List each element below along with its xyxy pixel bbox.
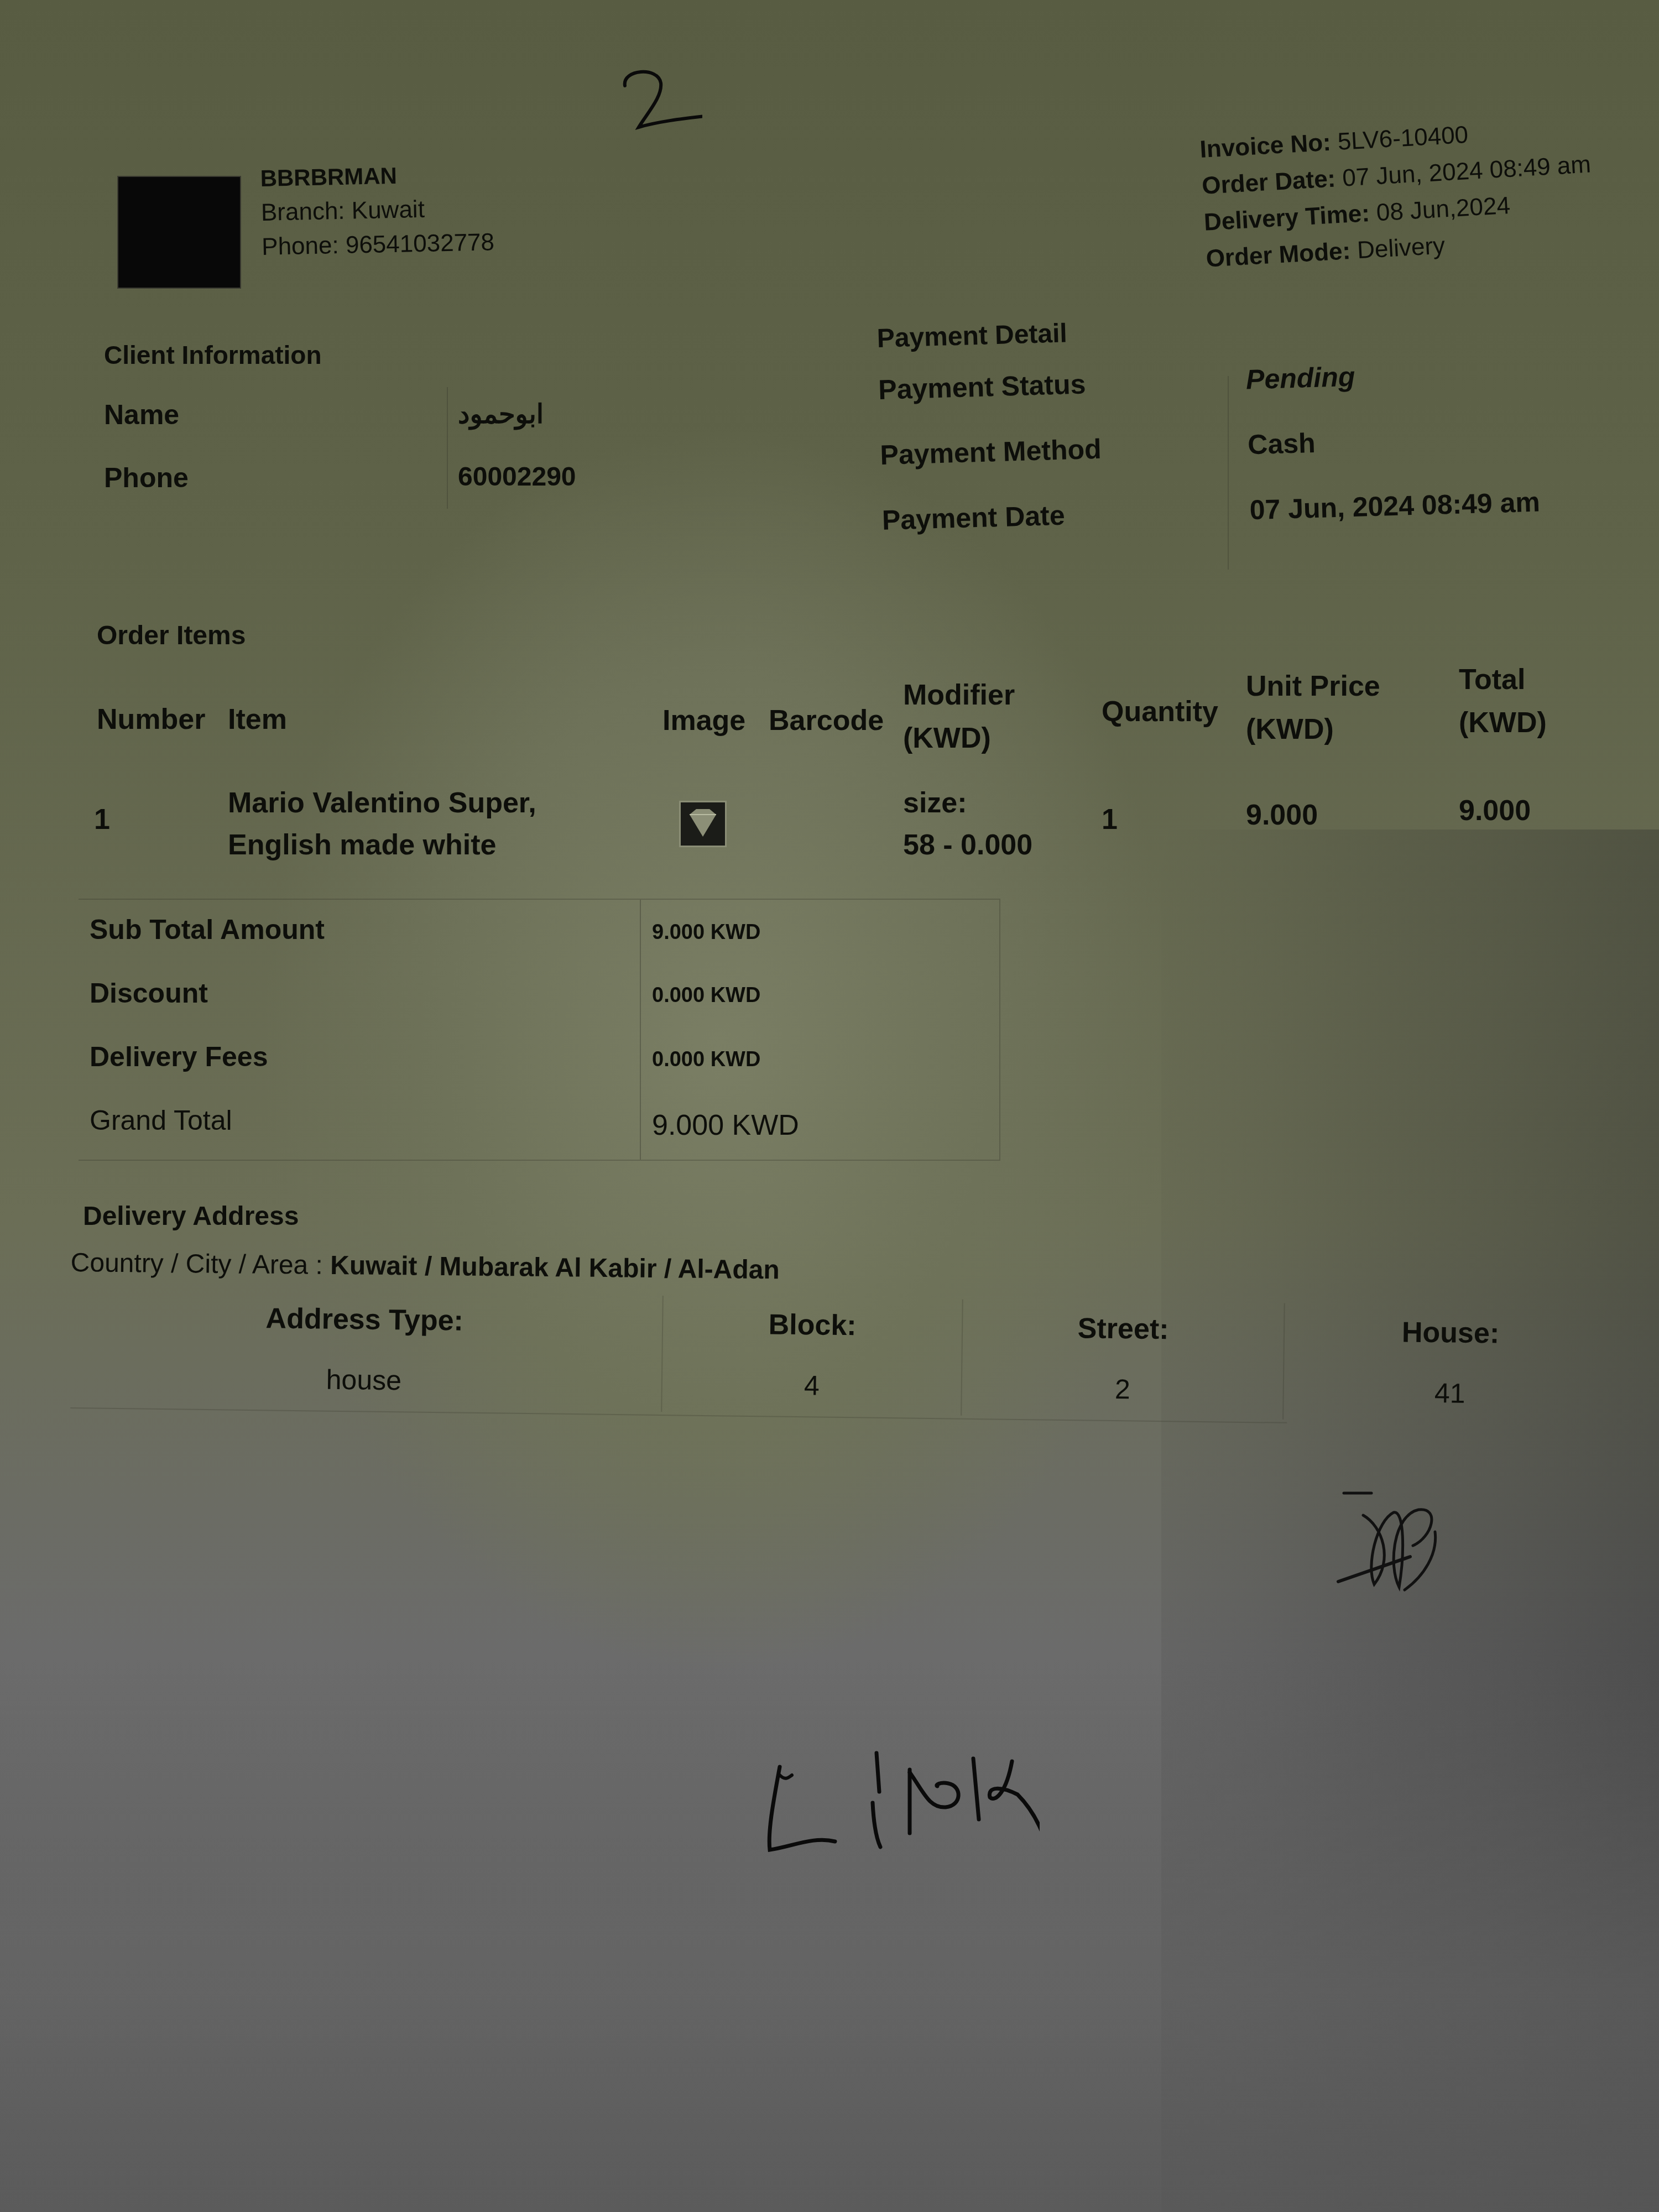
order-items-title: Order Items xyxy=(97,620,246,651)
block-label: Block: xyxy=(663,1307,962,1344)
subtotal-label: Sub Total Amount xyxy=(90,914,325,946)
col-total-line1: Total xyxy=(1459,658,1547,701)
address-type-label: Address Type: xyxy=(71,1300,658,1340)
row-total: 9.000 xyxy=(1459,790,1531,832)
payment-status-label: Payment Status xyxy=(878,363,1248,439)
row-item: Mario Valentino Super, English made whit… xyxy=(228,782,536,866)
delivery-fees-value: 0.000 KWD xyxy=(652,1048,760,1072)
payment-status: Pending xyxy=(1245,361,1356,429)
col-unit-price-line2: (KWD) xyxy=(1246,708,1380,751)
client-name: ابوحمود xyxy=(458,399,544,430)
delivery-location-label: Country / City / Area : xyxy=(70,1248,330,1280)
company-phone: Phone: 96541032778 xyxy=(262,225,495,264)
row-item-line2: English made white xyxy=(228,824,536,866)
delivery-address-title: Delivery Address xyxy=(83,1201,299,1232)
row-modifier: size: 58 - 0.000 xyxy=(903,782,1032,866)
house-value: 41 xyxy=(1284,1375,1616,1411)
order-mode-label: Order Mode: xyxy=(1205,237,1351,273)
delivery-time-label: Delivery Time: xyxy=(1203,200,1370,236)
row-item-line1: Mario Valentino Super, xyxy=(228,782,536,824)
payment-detail: Payment Detail Payment Status Pending Pa… xyxy=(877,305,1541,570)
payment-divider xyxy=(1228,376,1229,570)
street-label: Street: xyxy=(963,1311,1284,1348)
product-thumbnail[interactable] xyxy=(679,801,727,847)
signature xyxy=(1322,1482,1454,1593)
col-total-line2: (KWD) xyxy=(1459,701,1547,744)
street-value: 2 xyxy=(962,1371,1283,1407)
company-name: BBRBRMAN xyxy=(260,156,493,196)
company-logo xyxy=(117,176,241,289)
company-branch: Branch: Kuwait xyxy=(260,191,494,230)
house-cell: House: 41 xyxy=(1284,1298,1617,1423)
order-mode: Delivery xyxy=(1357,232,1446,264)
client-info-title: Client Information xyxy=(104,340,576,370)
col-modifier: Modifier (KWD) xyxy=(903,674,1015,760)
col-barcode: Barcode xyxy=(769,699,884,742)
grand-total-label: Grand Total xyxy=(90,1104,232,1136)
client-name-label: Name xyxy=(104,399,458,431)
invoice-no: 5LV6-10400 xyxy=(1337,121,1469,155)
payment-date: 07 Jun, 2024 08:49 am xyxy=(1249,486,1541,560)
delivery-time: 08 Jun,2024 xyxy=(1376,192,1511,226)
row-number: 1 xyxy=(94,799,110,841)
handwritten-page-number xyxy=(614,64,702,135)
delivery-location: Country / City / Area : Kuwait / Mubarak… xyxy=(70,1248,780,1285)
payment-method: Cash xyxy=(1248,427,1317,494)
discount-label: Discount xyxy=(90,977,208,1009)
row-modifier-line1: size: xyxy=(903,782,1032,824)
client-phone: 60002290 xyxy=(458,462,576,492)
block-value: 4 xyxy=(662,1368,962,1404)
company-info: BBRBRMAN Branch: Kuwait Phone: 965410327… xyxy=(260,156,495,264)
delivery-location-value: Kuwait / Mubarak Al Kabir / Al-Adan xyxy=(330,1251,780,1285)
col-modifier-line2: (KWD) xyxy=(903,717,1015,760)
col-modifier-line1: Modifier xyxy=(903,674,1015,717)
subtotal-value: 9.000 KWD xyxy=(652,921,760,945)
diamond-icon xyxy=(681,802,725,846)
invoice-meta: Invoice No: 5LV6-10400 Order Date: 07 Ju… xyxy=(1199,110,1596,278)
delivery-fees-label: Delivery Fees xyxy=(90,1041,268,1073)
payment-method-label: Payment Method xyxy=(880,429,1249,504)
row-quantity: 1 xyxy=(1102,799,1118,841)
row-modifier-line2: 58 - 0.000 xyxy=(903,824,1032,866)
totals-table: Sub Total Amount 9.000 KWD Discount 0.00… xyxy=(79,899,1000,1161)
address-type-value: house xyxy=(71,1360,658,1400)
payment-detail-title: Payment Detail xyxy=(877,305,1535,354)
col-number: Number xyxy=(97,698,205,741)
col-unit-price-line1: Unit Price xyxy=(1246,665,1380,708)
discount-value: 0.000 KWD xyxy=(652,984,760,1008)
totals-divider xyxy=(640,900,641,1160)
client-divider xyxy=(447,387,448,509)
client-phone-label: Phone xyxy=(104,462,458,494)
col-item: Item xyxy=(228,698,287,741)
client-information: Client Information Name ابوحمود Phone 60… xyxy=(104,340,576,525)
row-unit-price: 9.000 xyxy=(1246,794,1318,836)
client-phone-row: Phone 60002290 xyxy=(104,462,576,525)
order-date-label: Order Date: xyxy=(1201,165,1336,199)
house-label: House: xyxy=(1285,1314,1617,1352)
col-unit-price: Unit Price (KWD) xyxy=(1246,665,1380,751)
col-total: Total (KWD) xyxy=(1459,658,1547,744)
col-image: Image xyxy=(662,699,745,742)
handwritten-note xyxy=(741,1742,1040,1864)
grand-total-value: 9.000 KWD xyxy=(652,1109,799,1142)
block-cell: Block: 4 xyxy=(662,1290,962,1416)
address-details: Address Type: house Block: 4 Street: 2 H… xyxy=(70,1283,1565,1434)
col-quantity: Quantity xyxy=(1102,690,1218,733)
client-name-row: Name ابوحمود xyxy=(104,399,576,462)
invoice-no-label: Invoice No: xyxy=(1199,129,1332,163)
payment-date-label: Payment Date xyxy=(881,494,1251,570)
street-cell: Street: 2 xyxy=(962,1294,1284,1420)
address-type-cell: Address Type: house xyxy=(70,1283,658,1412)
